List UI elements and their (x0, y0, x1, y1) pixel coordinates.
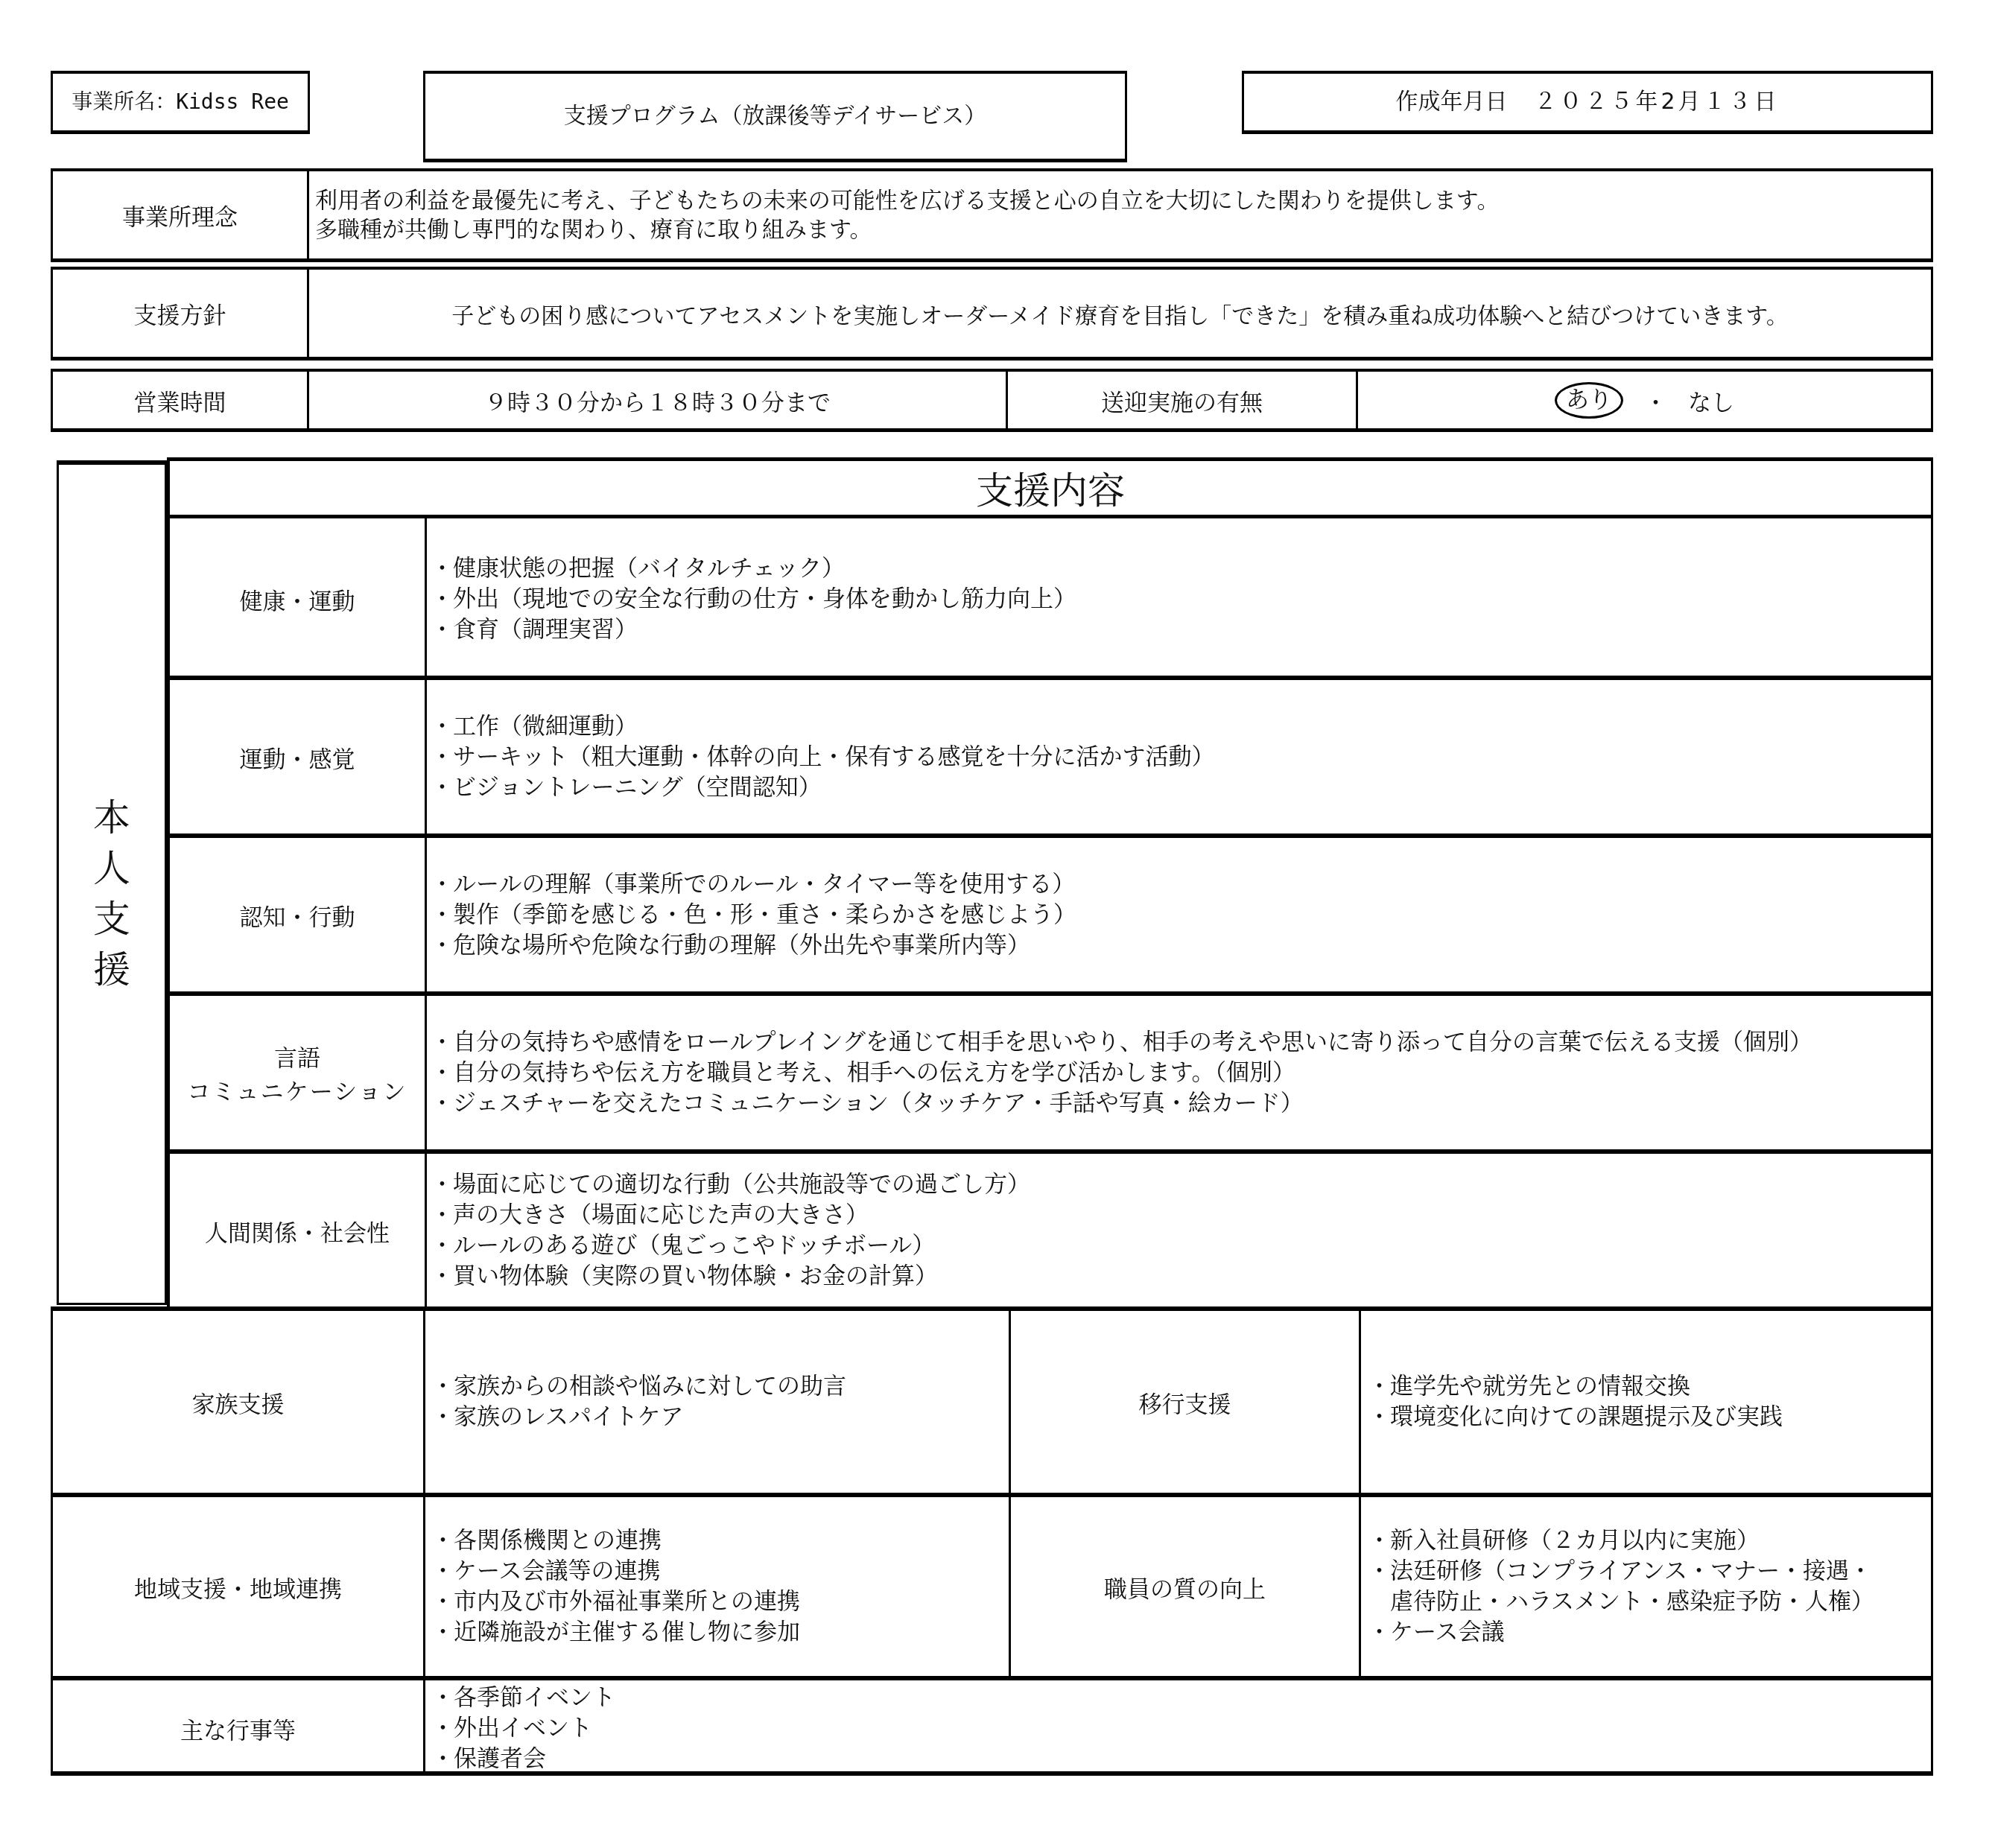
family-list: 家族からの相談や悩みに対しての助言 家族のレスパイトケア (431, 1371, 846, 1432)
category-divider (425, 518, 427, 1310)
policy-label: 支援方針 (134, 296, 226, 330)
transition-label: 移行支援 (1139, 1385, 1231, 1419)
list-item: 家族からの相談や悩みに対しての助言 (431, 1371, 846, 1402)
health-list: 健康状態の把握（バイタルチェック） 外出（現地での安全な行動の仕方・身体を動かし… (431, 553, 1076, 645)
transport-label-cell: 送迎実施の有無 (1008, 372, 1358, 428)
hours-label: 営業時間 (134, 384, 226, 417)
philosophy-row: 事業所理念 利用者の利益を最優先に考え、子どもたちの未来の可能性を広げる支援と心… (51, 168, 1933, 262)
list-item: 近隣施設が主催する催し物に参加 (431, 1617, 800, 1648)
support-grid: 支援内容 健康・運動 健康状態の把握（バイタルチェック） 外出（現地での安全な行… (167, 457, 1933, 1306)
list-item: ケース会議 (1368, 1617, 1874, 1648)
staff-list: 新入社員研修（２カ月以内に実施） 法廷研修（コンプライアンス・マナー・接遇・虐待… (1368, 1525, 1874, 1648)
staff-label-cell: 職員の質の向上 (1011, 1497, 1359, 1676)
language-list: 自分の気持ちや感情をロールプレイングを通じて相手を思いやり、相手の考えや思いに寄… (431, 1027, 1812, 1119)
events-details: 各季節イベント 外出イベント 保護者会 (431, 1680, 1923, 1776)
transport-separator: ・ (1644, 384, 1667, 417)
policy-text: 子どもの困り感についてアセスメントを実施しオーダーメイド療育を目指し「できた」を… (451, 297, 1789, 330)
created-label: 作成年月日 (1395, 87, 1507, 118)
category-label: 運動・感覚 (240, 740, 355, 774)
details-health: 健康状態の把握（バイタルチェック） 外出（現地での安全な行動の仕方・身体を動かし… (431, 522, 1931, 676)
category-language: 言語 コミュニケーション (170, 996, 425, 1149)
philosophy-label-cell: 事業所理念 (53, 171, 309, 258)
philosophy-text-cell: 利用者の利益を最優先に考え、子どもたちの未来の可能性を広げる支援と心の自立を大切… (315, 186, 1923, 244)
motor-sensory-list: 工作（微細運動） サーキット（粗大運動・体幹の向上・保有する感覚を十分に活かす活… (431, 711, 1214, 803)
list-item: 買い物体験（実際の買い物体験・お金の計算） (431, 1261, 1030, 1292)
details-cognition: ルールの理解（事業所でのルール・タイマー等を使用する） 製作（季節を感じる・色・… (431, 838, 1931, 991)
side-char-3: 支 (93, 894, 130, 944)
list-item: 食育（調理実習） (431, 615, 1076, 645)
list-item: 危険な場所や危険な行動の理解（外出先や事業所内等） (431, 930, 1076, 961)
list-item: 声の大きさ（場面に応じた声の大きさ） (431, 1200, 1030, 1231)
family-details: 家族からの相談や悩みに対しての助言 家族のレスパイトケア (431, 1311, 1005, 1493)
list-item: ルールの理解（事業所でのルール・タイマー等を使用する） (431, 869, 1076, 900)
family-label-cell: 家族支援 (53, 1311, 423, 1493)
events-label-cell: 主な行事等 (53, 1680, 423, 1776)
list-item: サーキット（粗大運動・体幹の向上・保有する感覚を十分に活かす活動） (431, 742, 1214, 772)
hours-label-cell: 営業時間 (53, 372, 309, 428)
support-section: 本 人 支 援 支援内容 健康・運動 健康状態の把握（バイタルチェック） 外出（… (51, 457, 1933, 1776)
policy-label-cell: 支援方針 (53, 270, 309, 357)
office-name-box: 事業所名：Kidss Ree (51, 71, 310, 134)
list-item: ケース会議等の連携 (431, 1556, 800, 1587)
category-cognition: 認知・行動 (170, 838, 425, 991)
hours-row: 営業時間 ９時３０分から１８時３０分まで 送迎実施の有無 あり ・ なし (51, 369, 1933, 432)
transition-label-cell: 移行支援 (1011, 1311, 1359, 1493)
list-item: 環境変化に向けての課題提示及び実践 (1368, 1402, 1783, 1432)
community-label-cell: 地域支援・地域連携 (53, 1497, 423, 1676)
philosophy-label: 事業所理念 (122, 198, 238, 232)
list-item: 製作（季節を感じる・色・形・重さ・柔らかさを感じよう） (431, 900, 1076, 930)
policy-text-cell: 子どもの困り感についてアセスメントを実施しオーダーメイド療育を目指し「できた」を… (309, 270, 1931, 357)
list-item: 工作（微細運動） (431, 711, 1214, 742)
social-list: 場面に応じての適切な行動（公共施設等での過ごし方） 声の大きさ（場面に応じた声の… (431, 1169, 1030, 1292)
category-social: 人間関係・社会性 (170, 1154, 425, 1307)
details-social: 場面に応じての適切な行動（公共施設等での過ごし方） 声の大きさ（場面に応じた声の… (431, 1154, 1931, 1307)
list-item: 健康状態の把握（バイタルチェック） (431, 553, 1076, 584)
community-details: 各関係機関との連携 ケース会議等の連携 市内及び市外福祉事業所との連携 近隣施設… (431, 1497, 1005, 1676)
category-label: 健康・運動 (240, 582, 355, 616)
details-language: 自分の気持ちや感情をロールプレイングを通じて相手を思いやり、相手の考えや思いに寄… (431, 996, 1853, 1149)
list-item: 自分の気持ちや伝え方を職員と考え、相手への伝え方を学び活かします。（個別） (431, 1058, 1812, 1088)
category-label-line2: コミュニケーション (187, 1073, 407, 1106)
side-char-4: 援 (93, 944, 130, 995)
support-title-cell: 支援内容 (170, 461, 1931, 518)
support-title: 支援内容 (976, 461, 1125, 515)
list-item: ビジョントレーニング（空間認知） (431, 772, 1214, 803)
self-support-side-column: 本 人 支 援 (57, 460, 167, 1305)
transport-no-option[interactable]: なし (1688, 384, 1734, 417)
transport-yes-option[interactable]: あり (1555, 382, 1623, 419)
list-item: 自分の気持ちや感情をロールプレイングを通じて相手を思いやり、相手の考えや思いに寄… (431, 1027, 1812, 1058)
self-support-label: 本 人 支 援 (59, 793, 165, 995)
staff-details: 新入社員研修（２カ月以内に実施） 法廷研修（コンプライアンス・マナー・接遇・虐待… (1368, 1497, 1874, 1676)
transport-label: 送迎実施の有無 (1101, 384, 1263, 417)
list-item: 各季節イベント (431, 1683, 615, 1713)
philosophy-line-1: 利用者の利益を最優先に考え、子どもたちの未来の可能性を広げる支援と心の自立を大切… (315, 186, 1923, 215)
created-date: ２０２５年2月１３日 (1534, 87, 1779, 118)
category-label-line1: 言語 (274, 1039, 320, 1073)
side-char-2: 人 (93, 843, 130, 894)
office-name: 事業所名：Kidss Ree (72, 88, 289, 116)
philosophy-line-2: 多職種が共働し専門的な関わり、療育に取り組みます。 (315, 215, 1923, 244)
list-item: 法廷研修（コンプライアンス・マナー・接遇・虐待防止・ハラスメント・感染症予防・人… (1368, 1556, 1874, 1617)
community-label: 地域支援・地域連携 (134, 1570, 342, 1604)
cognition-list: ルールの理解（事業所でのルール・タイマー等を使用する） 製作（季節を感じる・色・… (431, 869, 1076, 961)
list-item: 各関係機関との連携 (431, 1525, 800, 1556)
list-item: 進学先や就労先との情報交換 (1368, 1371, 1783, 1402)
list-item: 場面に応じての適切な行動（公共施設等での過ごし方） (431, 1169, 1030, 1200)
list-item: ジェスチャーを交えたコミュニケーション（タッチケア・手話や写真・絵カード） (431, 1088, 1812, 1119)
transition-list: 進学先や就労先との情報交換 環境変化に向けての課題提示及び実践 (1368, 1371, 1783, 1432)
list-item: 家族のレスパイトケア (431, 1402, 846, 1432)
side-char-1: 本 (93, 793, 130, 843)
events-list: 各季節イベント 外出イベント 保護者会 (431, 1683, 615, 1774)
details-motor-sensory: 工作（微細運動） サーキット（粗大運動・体幹の向上・保有する感覚を十分に活かす活… (431, 680, 1931, 833)
category-label: 人間関係・社会性 (205, 1214, 390, 1248)
category-label: 認知・行動 (240, 898, 355, 932)
list-item: ルールのある遊び（鬼ごっこやドッチボール） (431, 1231, 1030, 1261)
program-title-box: 支援プログラム（放課後等デイサービス） (423, 71, 1127, 162)
list-item: 保護者会 (431, 1744, 615, 1774)
category-motor-sensory: 運動・感覚 (170, 680, 425, 833)
col-divider (423, 1311, 425, 1771)
staff-label: 職員の質の向上 (1104, 1570, 1266, 1604)
other-support-grid: 家族支援 家族からの相談や悩みに対しての助言 家族のレスパイトケア 移行支援 進… (51, 1306, 1933, 1776)
policy-row: 支援方針 子どもの困り感についてアセスメントを実施しオーダーメイド療育を目指し「… (51, 267, 1933, 361)
transition-details: 進学先や就労先との情報交換 環境変化に向けての課題提示及び実践 (1368, 1311, 1923, 1493)
family-label: 家族支援 (192, 1385, 285, 1419)
hours-value: ９時３０分から１８時３０分まで (484, 384, 831, 417)
list-item: 市内及び市外福祉事業所との連携 (431, 1587, 800, 1617)
events-label: 主な行事等 (180, 1712, 296, 1745)
category-health: 健康・運動 (170, 522, 425, 676)
program-title: 支援プログラム（放課後等デイサービス） (564, 101, 987, 132)
transport-options-cell: あり ・ なし (1358, 372, 1931, 428)
list-item: 新入社員研修（２カ月以内に実施） (1368, 1525, 1874, 1556)
list-item: 外出イベント (431, 1713, 615, 1744)
hours-value-cell: ９時３０分から１８時３０分まで (309, 372, 1008, 428)
community-list: 各関係機関との連携 ケース会議等の連携 市内及び市外福祉事業所との連携 近隣施設… (431, 1525, 800, 1648)
created-date-box: 作成年月日 ２０２５年2月１３日 (1242, 71, 1933, 134)
list-item: 外出（現地での安全な行動の仕方・身体を動かし筋力向上） (431, 584, 1076, 615)
